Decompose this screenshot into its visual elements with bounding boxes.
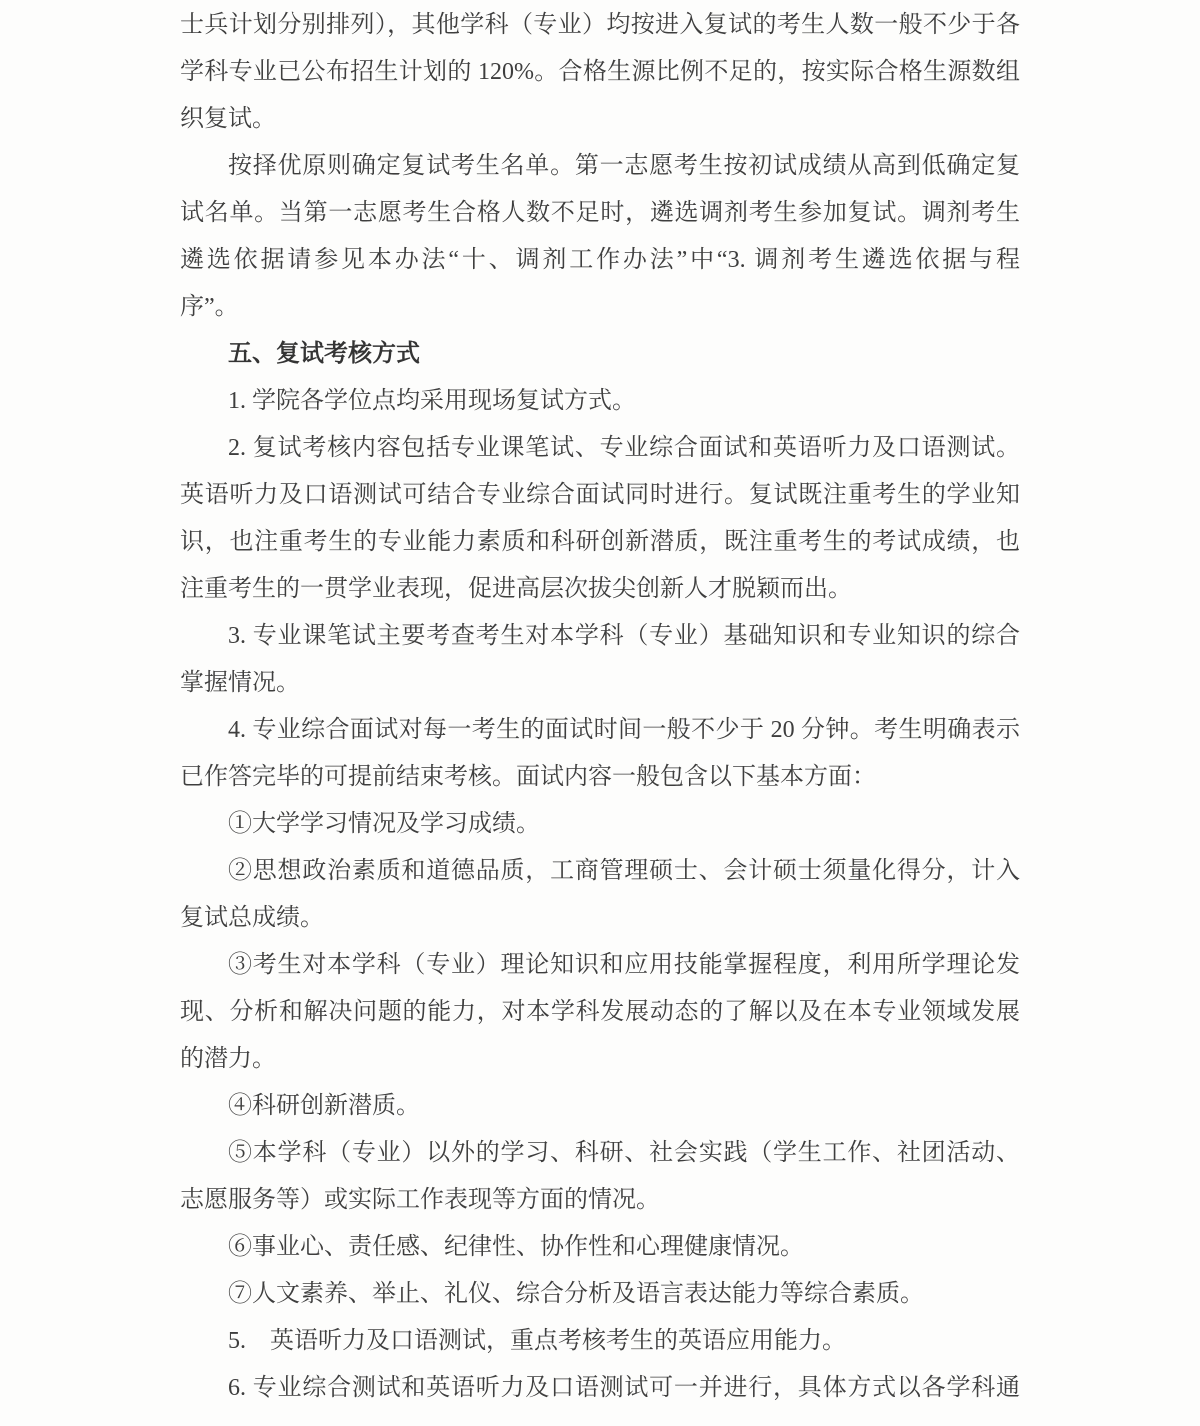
paragraph-line: 掌握情况。 (180, 660, 1020, 707)
paragraph-line: 试名单。当第一志愿考生合格人数不足时，遴选调剂考生参加复试。调剂考生 (180, 190, 1020, 237)
list-item-line: 2. 复试考核内容包括专业课笔试、专业综合面试和英语听力及口语测试。 (180, 425, 1020, 472)
circled-item-line: ④科研创新潜质。 (180, 1083, 1020, 1130)
paragraph-line: 遴选依据请参见本办法“十、调剂工作办法”中“3. 调剂考生遴选依据与程 (180, 237, 1020, 284)
paragraph-line: 现、分析和解决问题的能力，对本学科发展动态的了解以及在本专业领域发展 (180, 989, 1020, 1036)
list-item-line: 4. 专业综合面试对每一考生的面试时间一般不少于 20 分钟。考生明确表示 (180, 707, 1020, 754)
paragraph-line: 序”。 (180, 284, 1020, 331)
list-item-line: 5. 英语听力及口语测试，重点考核考生的英语应用能力。 (180, 1318, 1020, 1365)
circled-item-line: ⑦人文素养、举止、礼仪、综合分析及语言表达能力等综合素质。 (180, 1271, 1020, 1318)
paragraph-line: 英语听力及口语测试可结合专业综合面试同时进行。复试既注重考生的学业知 (180, 472, 1020, 519)
paragraph-line: 的潜力。 (180, 1036, 1020, 1083)
paragraph-line: 复试总成绩。 (180, 895, 1020, 942)
paragraph-line: 士兵计划分别排列），其他学科（专业）均按进入复试的考生人数一般不少于各 (180, 2, 1020, 49)
circled-item-line: ②思想政治素质和道德品质，工商管理硕士、会计硕士须量化得分，计入 (180, 848, 1020, 895)
paragraph-line: 织复试。 (180, 96, 1020, 143)
paragraph-line: 学科专业已公布招生计划的 120%。合格生源比例不足的，按实际合格生源数组 (180, 49, 1020, 96)
circled-item-line: ①大学学习情况及学习成绩。 (180, 801, 1020, 848)
paragraph-line: 注重考生的一贯学业表现，促进高层次拔尖创新人才脱颖而出。 (180, 566, 1020, 613)
paragraph-line: 已作答完毕的可提前结束考核。面试内容一般包含以下基本方面： (180, 754, 1020, 801)
list-item-line: 3. 专业课笔试主要考查考生对本学科（专业）基础知识和专业知识的综合 (180, 613, 1020, 660)
list-item-line: 6. 专业综合测试和英语听力及口语测试可一并进行，具体方式以各学科通 (180, 1365, 1020, 1412)
circled-item-line: ⑤本学科（专业）以外的学习、科研、社会实践（学生工作、社团活动、 (180, 1130, 1020, 1177)
circled-item-line: ③考生对本学科（专业）理论知识和应用技能掌握程度，利用所学理论发 (180, 942, 1020, 989)
circled-item-line: ⑥事业心、责任感、纪律性、协作性和心理健康情况。 (180, 1224, 1020, 1271)
document-page: 士兵计划分别排列），其他学科（专业）均按进入复试的考生人数一般不少于各 学科专业… (0, 0, 1200, 1426)
paragraph-line: 志愿服务等）或实际工作表现等方面的情况。 (180, 1177, 1020, 1224)
paragraph-line: 按择优原则确定复试考生名单。第一志愿考生按初试成绩从高到低确定复 (180, 143, 1020, 190)
section-heading: 五、复试考核方式 (180, 331, 1020, 378)
paragraph-line: 识，也注重考生的专业能力素质和科研创新潜质，既注重考生的考试成绩，也 (180, 519, 1020, 566)
list-item-line: 1. 学院各学位点均采用现场复试方式。 (180, 378, 1020, 425)
